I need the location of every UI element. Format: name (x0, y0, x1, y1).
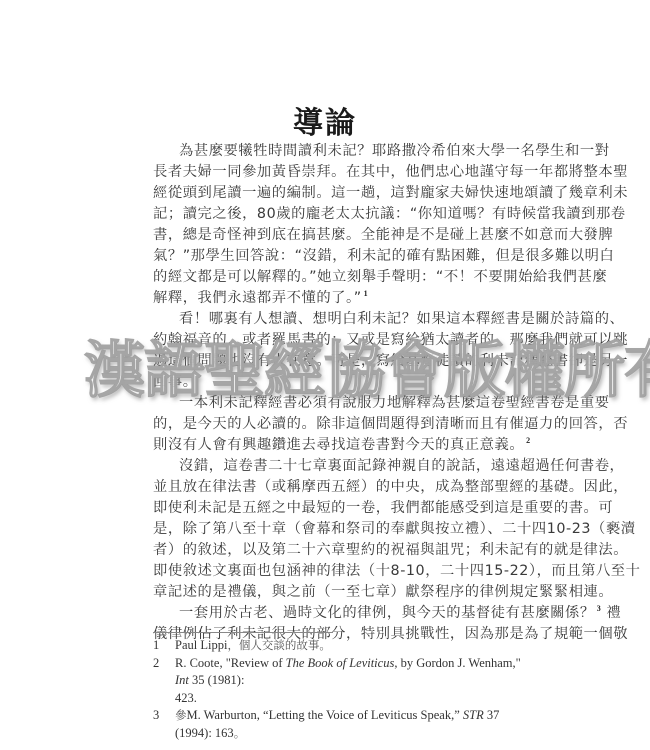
paragraph: 看！哪裏有人想讀、想明白利未記？如果這本釋經書是關於詩篇的、 約翰福音的，或者羅… (153, 309, 511, 393)
footnote-number: 3 (153, 707, 159, 725)
text-line: 章記述的是禮儀，與之前（一至七章）獻祭程序的律例規定緊緊相連。 (153, 582, 511, 603)
footnote-segment: 35 (1981): (189, 673, 245, 687)
line-text: 禮 (606, 605, 621, 621)
text-line: 過這個問題也沒有人在意。可是，寫給基督徒讀的利未記釋經書卻是另一 (153, 351, 511, 372)
text-line: 一本利未記釋經書必須有說服力地解釋為甚麼這卷聖經書卷是重要 (153, 393, 511, 414)
footnote-text: R. Coote, "Review of The Book of Levitic… (175, 656, 521, 705)
text-line: 並且放在律法書（或稱摩西五經）的中央，成為整部聖經的基礎。因此， (153, 477, 511, 498)
footnote-item: 2 R. Coote, "Review of The Book of Levit… (153, 655, 523, 708)
footnote-segment: 。 (234, 726, 246, 740)
text-line: 即使利未記是五經之中最短的一卷，我們都能感受到這是重要的書。可 (153, 498, 511, 519)
text-line: 沒錯，這卷書二十七章裏面記錄神親自的說話，遠遠超過任何書卷， (153, 456, 511, 477)
text-line: 一套用於古老、過時文化的律例，與今天的基督徒有甚麼關係？3 禮 (153, 603, 511, 624)
paragraph: 一本利未記釋經書必須有說服力地解釋為甚麼這卷聖經書卷是重要 的，是今天的人必讀的… (153, 393, 511, 456)
footnote-item: 3 參M. Warburton, “Letting the Voice of L… (153, 707, 523, 742)
chapter-title: 導論 (0, 106, 650, 142)
text-line: 者）的敘述，以及第二十六章聖約的祝福與詛咒；利未記有的就是律法。 (153, 540, 511, 561)
footnote-ref[interactable]: 1 (364, 289, 369, 298)
line-text: 則沒有人會有興趣鑽進去尋找這卷書對今天的真正意義。 (153, 437, 524, 453)
footnote-divider (153, 632, 333, 633)
line-text: 解釋，我們永遠都弄不懂的了。” (153, 290, 362, 306)
text-line: 為甚麼要犧牲時間讀利未記？耶路撒冷希伯來大學一名學生和一對 (153, 141, 511, 162)
text-line: 是，除了第八至十章（會幕和祭司的奉獻與按立禮）、二十四10-23（褻瀆 (153, 519, 511, 540)
text-line: 記；讀完之後，80歲的龐老太太抗議：“你知道嗎？有時候當我讀到那卷 (153, 204, 511, 225)
text-line: 書，總是奇怪神到底在搞甚麼。全能神是不是碰上甚麼不如意而大發脾 (153, 225, 511, 246)
footnote-number: 2 (153, 655, 159, 673)
footnote-author: Paul Lippi (175, 638, 227, 652)
body-text: 為甚麼要犧牲時間讀利未記？耶路撒冷希伯來大學一名學生和一對 長者夫婦一同參加黃昏… (153, 141, 511, 645)
text-line: 約翰福音的，或者羅馬書的；又或是寫給猶太讀者的，那麼我們就可以跳 (153, 330, 511, 351)
book-title: The Book of Leviticus (286, 656, 395, 670)
footnote-ref[interactable]: 2 (526, 436, 531, 445)
footnote-segment: M. Warburton, “Letting the Voice of Levi… (187, 708, 463, 722)
footnote-text: Paul Lippi，個人交談的故事。 (175, 638, 331, 652)
line-text: 一套用於古老、過時文化的律例，與今天的基督徒有甚麼關係？ (179, 605, 595, 621)
text-line: 長者夫婦一同參加黃昏崇拜。在其中，他們忠心地謹守每一年都將整本聖 (153, 162, 511, 183)
journal-title: Int (175, 673, 189, 687)
text-line: 的經文都是可以解釋的。”她立刻舉手聲明：“不！不要開始給我們甚麼 (153, 267, 511, 288)
footnote-segment: , by Gordon J. Wenham," (394, 656, 520, 670)
book-page: 導論 為甚麼要犧牲時間讀利未記？耶路撒冷希伯來大學一名學生和一對 長者夫婦一同參… (0, 0, 650, 750)
footnote-note: ，個人交談的故事。 (227, 638, 331, 652)
footnote-ref[interactable]: 3 (597, 604, 602, 613)
text-line: 經從頭到尾讀一遍的編制。這一趟，這對龐家夫婦快速地頌讀了幾章利未 (153, 183, 511, 204)
text-line: 氣？”那學生回答說：“沒錯，利未記的確有點困難，但是很多難以明白 (153, 246, 511, 267)
paragraph: 為甚麼要犧牲時間讀利未記？耶路撒冷希伯來大學一名學生和一對 長者夫婦一同參加黃昏… (153, 141, 511, 309)
paragraph: 沒錯，這卷書二十七章裏面記錄神親自的說話，遠遠超過任何書卷， 並且放在律法書（或… (153, 456, 511, 603)
footnote-text: 參M. Warburton, “Letting the Voice of Lev… (175, 708, 499, 740)
footnote-segment: 參 (175, 708, 187, 722)
text-line: 則沒有人會有興趣鑽進去尋找這卷書對今天的真正意義。2 (153, 435, 511, 456)
text-line: 回事。 (153, 372, 511, 393)
footnotes: 1 Paul Lippi，個人交談的故事。 2 R. Coote, "Revie… (153, 637, 523, 742)
footnote-number: 1 (153, 637, 159, 655)
footnote-item: 1 Paul Lippi，個人交談的故事。 (153, 637, 523, 655)
text-line: 即使敘述文裏面也包涵神的律法（十8-10，二十四15-22），而且第八至十 (153, 561, 511, 582)
footnote-page: 423. (175, 691, 197, 705)
text-line: 的，是今天的人必讀的。除非這個問題得到清晰而且有催逼力的回答，否 (153, 414, 511, 435)
text-line: 看！哪裏有人想讀、想明白利未記？如果這本釋經書是關於詩篇的、 (153, 309, 511, 330)
journal-title: STR (463, 708, 484, 722)
text-line: 解釋，我們永遠都弄不懂的了。”1 (153, 288, 511, 309)
footnote-segment: R. Coote, "Review of (175, 656, 286, 670)
